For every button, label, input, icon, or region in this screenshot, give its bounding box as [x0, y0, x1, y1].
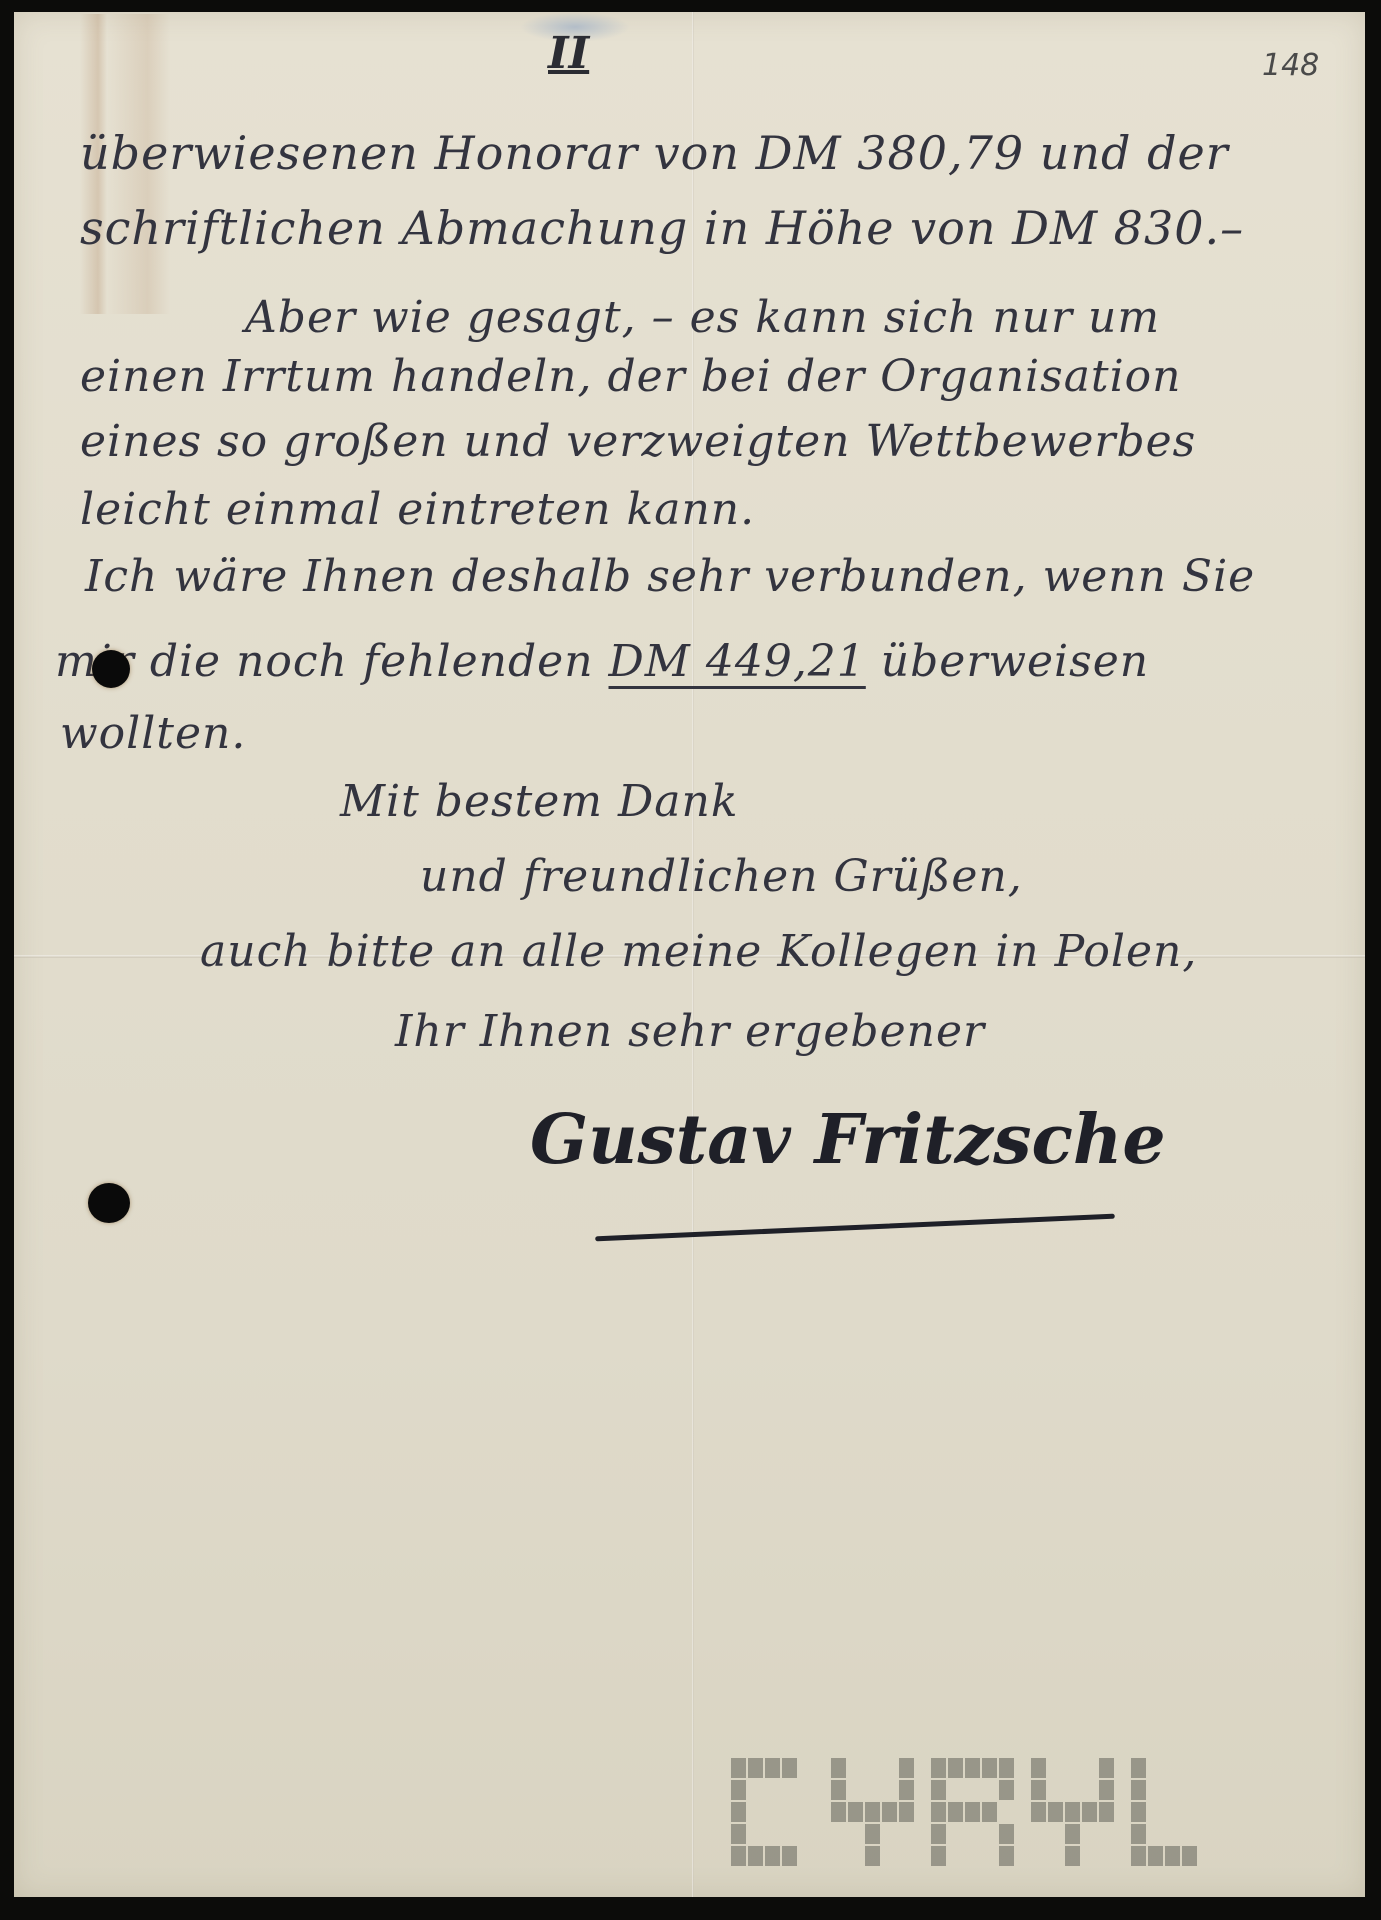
letter-line-5: eines so großen und verzweigten Wettbewe…: [80, 420, 1196, 464]
letter-line-3: Aber wie gesagt, – es kann sich nur um: [245, 296, 1160, 340]
letter-line-9: wollten.: [60, 712, 246, 756]
missing-amount: DM 449,21: [609, 636, 866, 687]
watermark-letter-l: [1131, 1758, 1214, 1866]
letter-line-4: einen Irrtum handeln, der bei der Organi…: [80, 355, 1182, 399]
closing-line-1: Mit bestem Dank: [340, 780, 739, 824]
letter-line-8: mir die noch fehlenden DM 449,21 überwei…: [55, 640, 1149, 684]
letter-line-1: überwiesenen Honorar von DM 380,79 und d…: [80, 130, 1229, 176]
page-marker: II: [548, 28, 589, 79]
archive-page-number: 148: [1262, 48, 1319, 83]
watermark-letter-r: [931, 1758, 1014, 1866]
watermark-letter-y: [831, 1758, 914, 1866]
cyryl-watermark: [731, 1758, 1214, 1866]
letter-line-7: Ich wäre Ihnen deshalb sehr verbunden, w…: [85, 555, 1255, 599]
letter-line-2: schriftlichen Abmachung in Höhe von DM 8…: [80, 205, 1244, 251]
line-8-before: mir die noch fehlenden: [55, 636, 609, 687]
punch-hole-upper: [92, 650, 130, 688]
closing-line-3: auch bitte an alle meine Kollegen in Pol…: [200, 930, 1197, 974]
watermark-letter-c: [731, 1758, 814, 1866]
closing-line-4: Ihr Ihnen sehr ergebener: [395, 1010, 985, 1054]
watermark-letter-y2: [1031, 1758, 1114, 1866]
line-8-after: überweisen: [866, 636, 1149, 687]
punch-hole-lower: [88, 1183, 130, 1223]
signature: Gustav Fritzsche: [530, 1100, 1166, 1180]
letter-line-6: leicht einmal eintreten kann.: [80, 488, 755, 532]
closing-line-2: und freundlichen Grüßen,: [420, 855, 1023, 899]
